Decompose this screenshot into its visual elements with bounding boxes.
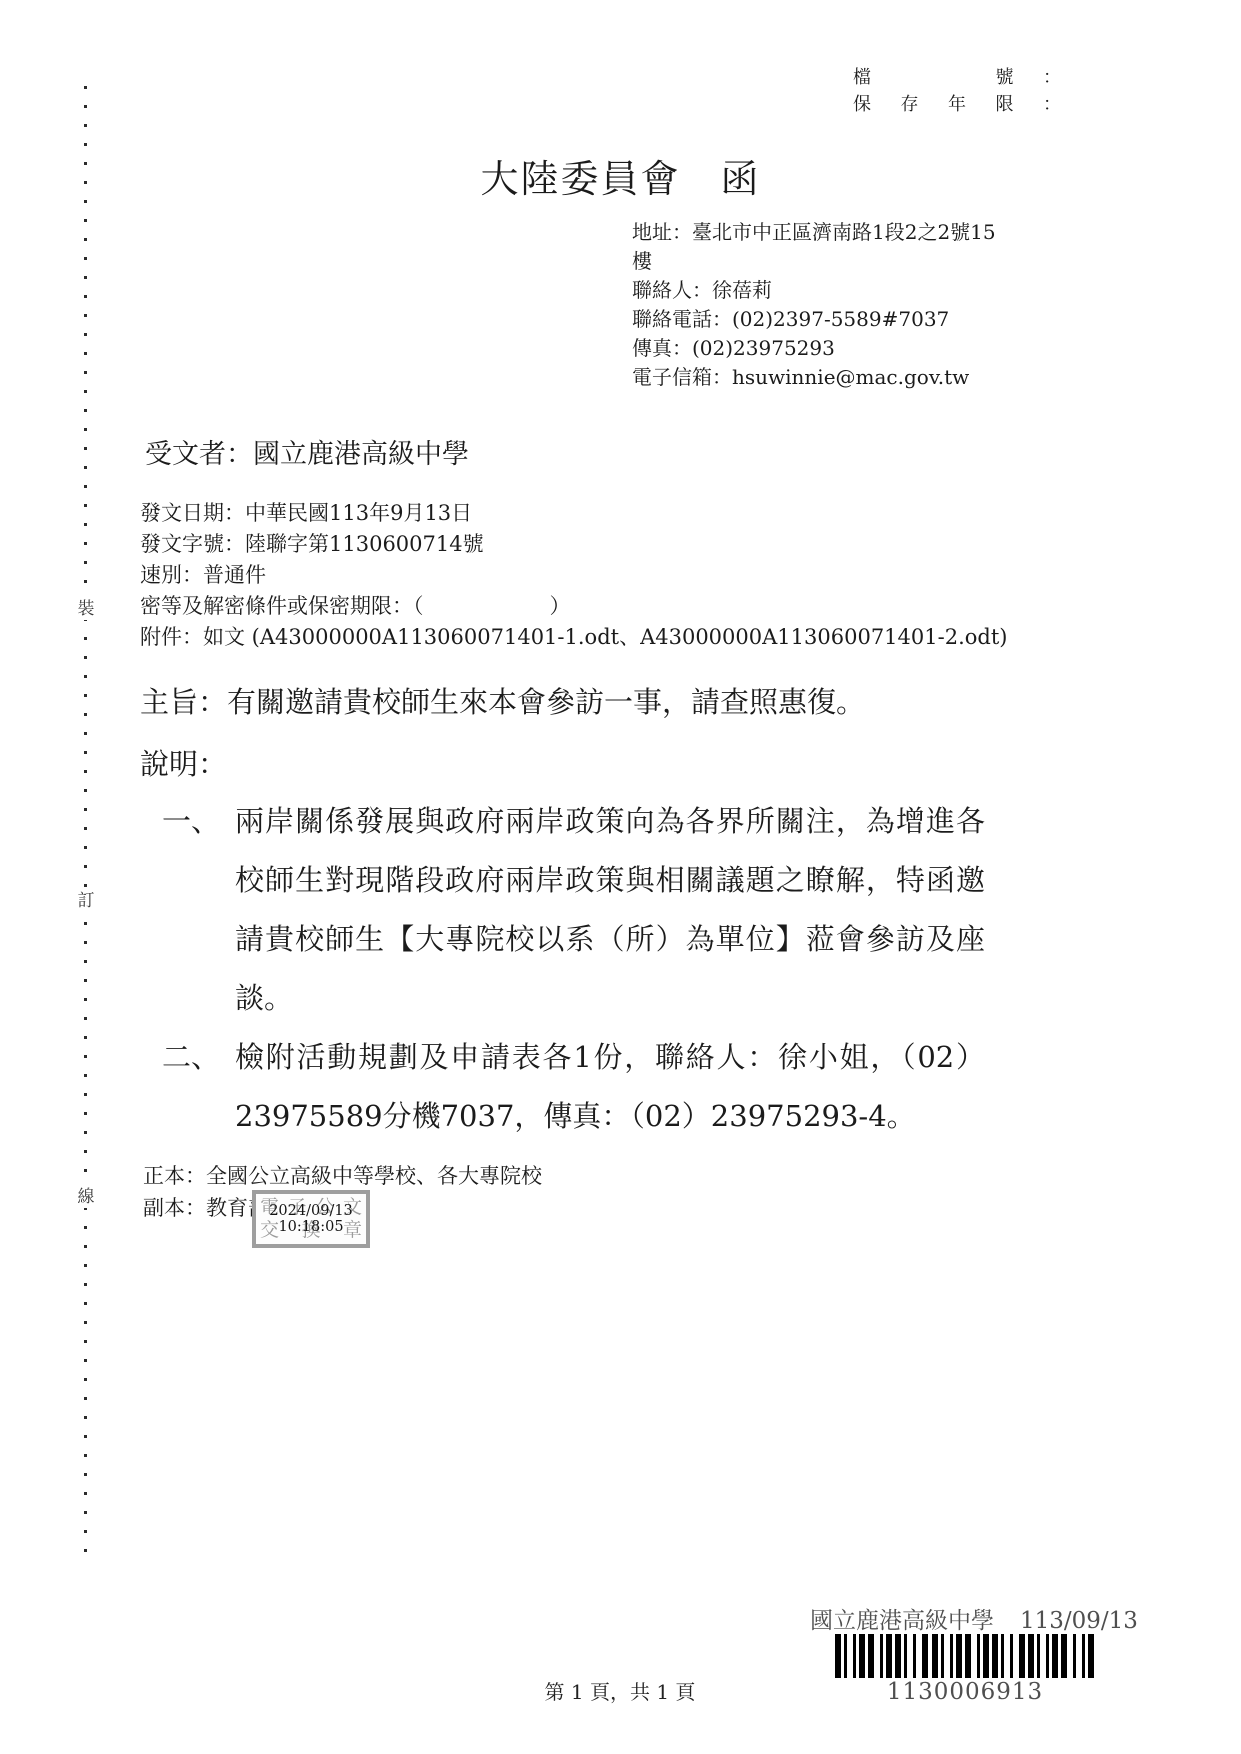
binding-mark-zhuang: 裝 <box>74 598 98 620</box>
item-text: 兩岸關係發展與政府兩岸政策向為各界所關注，為增進各校師生對現階段政府兩岸政策與相… <box>235 792 985 1028</box>
list-item: 二、 檢附活動規劃及申請表各1份，聯絡人：徐小姐，（02）23975589分機7… <box>162 1028 992 1146</box>
stamp-date: 2024/09/13 <box>256 1203 366 1219</box>
sender-fax: 傳真：(02)23975293 <box>632 334 1062 363</box>
document-meta-block: 發文日期：中華民國113年9月13日 發文字號：陸聯字第1130600714號 … <box>140 498 1080 653</box>
retention-period-label: 保存年限： <box>853 91 1061 118</box>
file-number-block: 檔 號： 保存年限： <box>853 64 1061 118</box>
doc-number-line: 發文字號：陸聯字第1130600714號 <box>140 529 1080 560</box>
description-label: 說明： <box>140 742 227 783</box>
stamp-datetime: 2024/09/13 10:18:05 <box>256 1203 366 1235</box>
description-items: 一、 兩岸關係發展與政府兩岸政策向為各界所關注，為增進各校師生對現階段政府兩岸政… <box>162 792 992 1146</box>
sender-email: 電子信箱：hsuwinnie@mac.gov.tw <box>632 363 1062 392</box>
file-number-label: 檔 號： <box>853 64 1061 91</box>
page-number-footer: 第 1 頁，共 1 頁 <box>470 1676 770 1705</box>
attachment-line: 附件：如文 (A43000000A113060071401-1.odt、A430… <box>140 622 1080 653</box>
sender-contact-person: 聯絡人：徐蓓莉 <box>632 276 1062 305</box>
carbon-copy-line: 副本：教育部 <box>143 1192 843 1224</box>
distribution-block: 正本：全國公立高級中等學校、各大專院校 副本：教育部 <box>143 1160 843 1224</box>
binding-dotted-line <box>84 86 87 1562</box>
item-text: 檢附活動規劃及申請表各1份，聯絡人：徐小姐，（02）23975589分機7037… <box>235 1028 985 1146</box>
list-item: 一、 兩岸關係發展與政府兩岸政策向為各界所關注，為增進各校師生對現階段政府兩岸政… <box>162 792 992 1028</box>
issue-date-line: 發文日期：中華民國113年9月13日 <box>140 498 1080 529</box>
barcode <box>835 1634 1095 1678</box>
sender-info-block: 地址：臺北市中正區濟南路1段2之2號15 樓 聯絡人：徐蓓莉 聯絡電話：(02)… <box>632 218 1062 392</box>
subject-label: 主旨： <box>140 680 227 721</box>
sender-phone: 聯絡電話：(02)2397-5589#7037 <box>632 305 1062 334</box>
sender-address-line1: 地址：臺北市中正區濟南路1段2之2號15 <box>632 218 1062 247</box>
stamp-time: 10:18:05 <box>256 1219 366 1235</box>
receipt-school-name: 國立鹿港高級中學 <box>810 1608 994 1634</box>
receipt-stamp-line: 國立鹿港高級中學113/09/13 <box>810 1602 1170 1635</box>
barcode-number: 1130006913 <box>835 1679 1095 1705</box>
official-letter-page: 裝 訂 線 檔 號： 保存年限： 大陸委員會 函 地址：臺北市中正區濟南路1段2… <box>0 0 1241 1754</box>
item-number: 一、 <box>162 792 235 851</box>
electronic-exchange-stamp: 電子公文 交換章 2024/09/13 10:18:05 <box>252 1190 370 1248</box>
document-title: 大陸委員會 函 <box>0 148 1241 203</box>
binding-mark-xian: 線 <box>74 1186 98 1208</box>
recipient-line: 受文者：國立鹿港高級中學 <box>145 432 469 471</box>
security-class-line: 密等及解密條件或保密期限：（ ） <box>140 591 1080 622</box>
speed-class-line: 速別：普通件 <box>140 560 1080 591</box>
binding-mark-ding: 訂 <box>74 890 98 912</box>
receipt-date: 113/09/13 <box>1020 1608 1138 1634</box>
item-number: 二、 <box>162 1028 235 1087</box>
original-copy-line: 正本：全國公立高級中等學校、各大專院校 <box>143 1160 843 1192</box>
subject-line: 主旨： 有關邀請貴校師生來本會參訪一事，請查照惠復。 <box>140 680 1100 721</box>
subject-text: 有關邀請貴校師生來本會參訪一事，請查照惠復。 <box>227 680 865 721</box>
sender-address-line2: 樓 <box>632 247 1062 276</box>
